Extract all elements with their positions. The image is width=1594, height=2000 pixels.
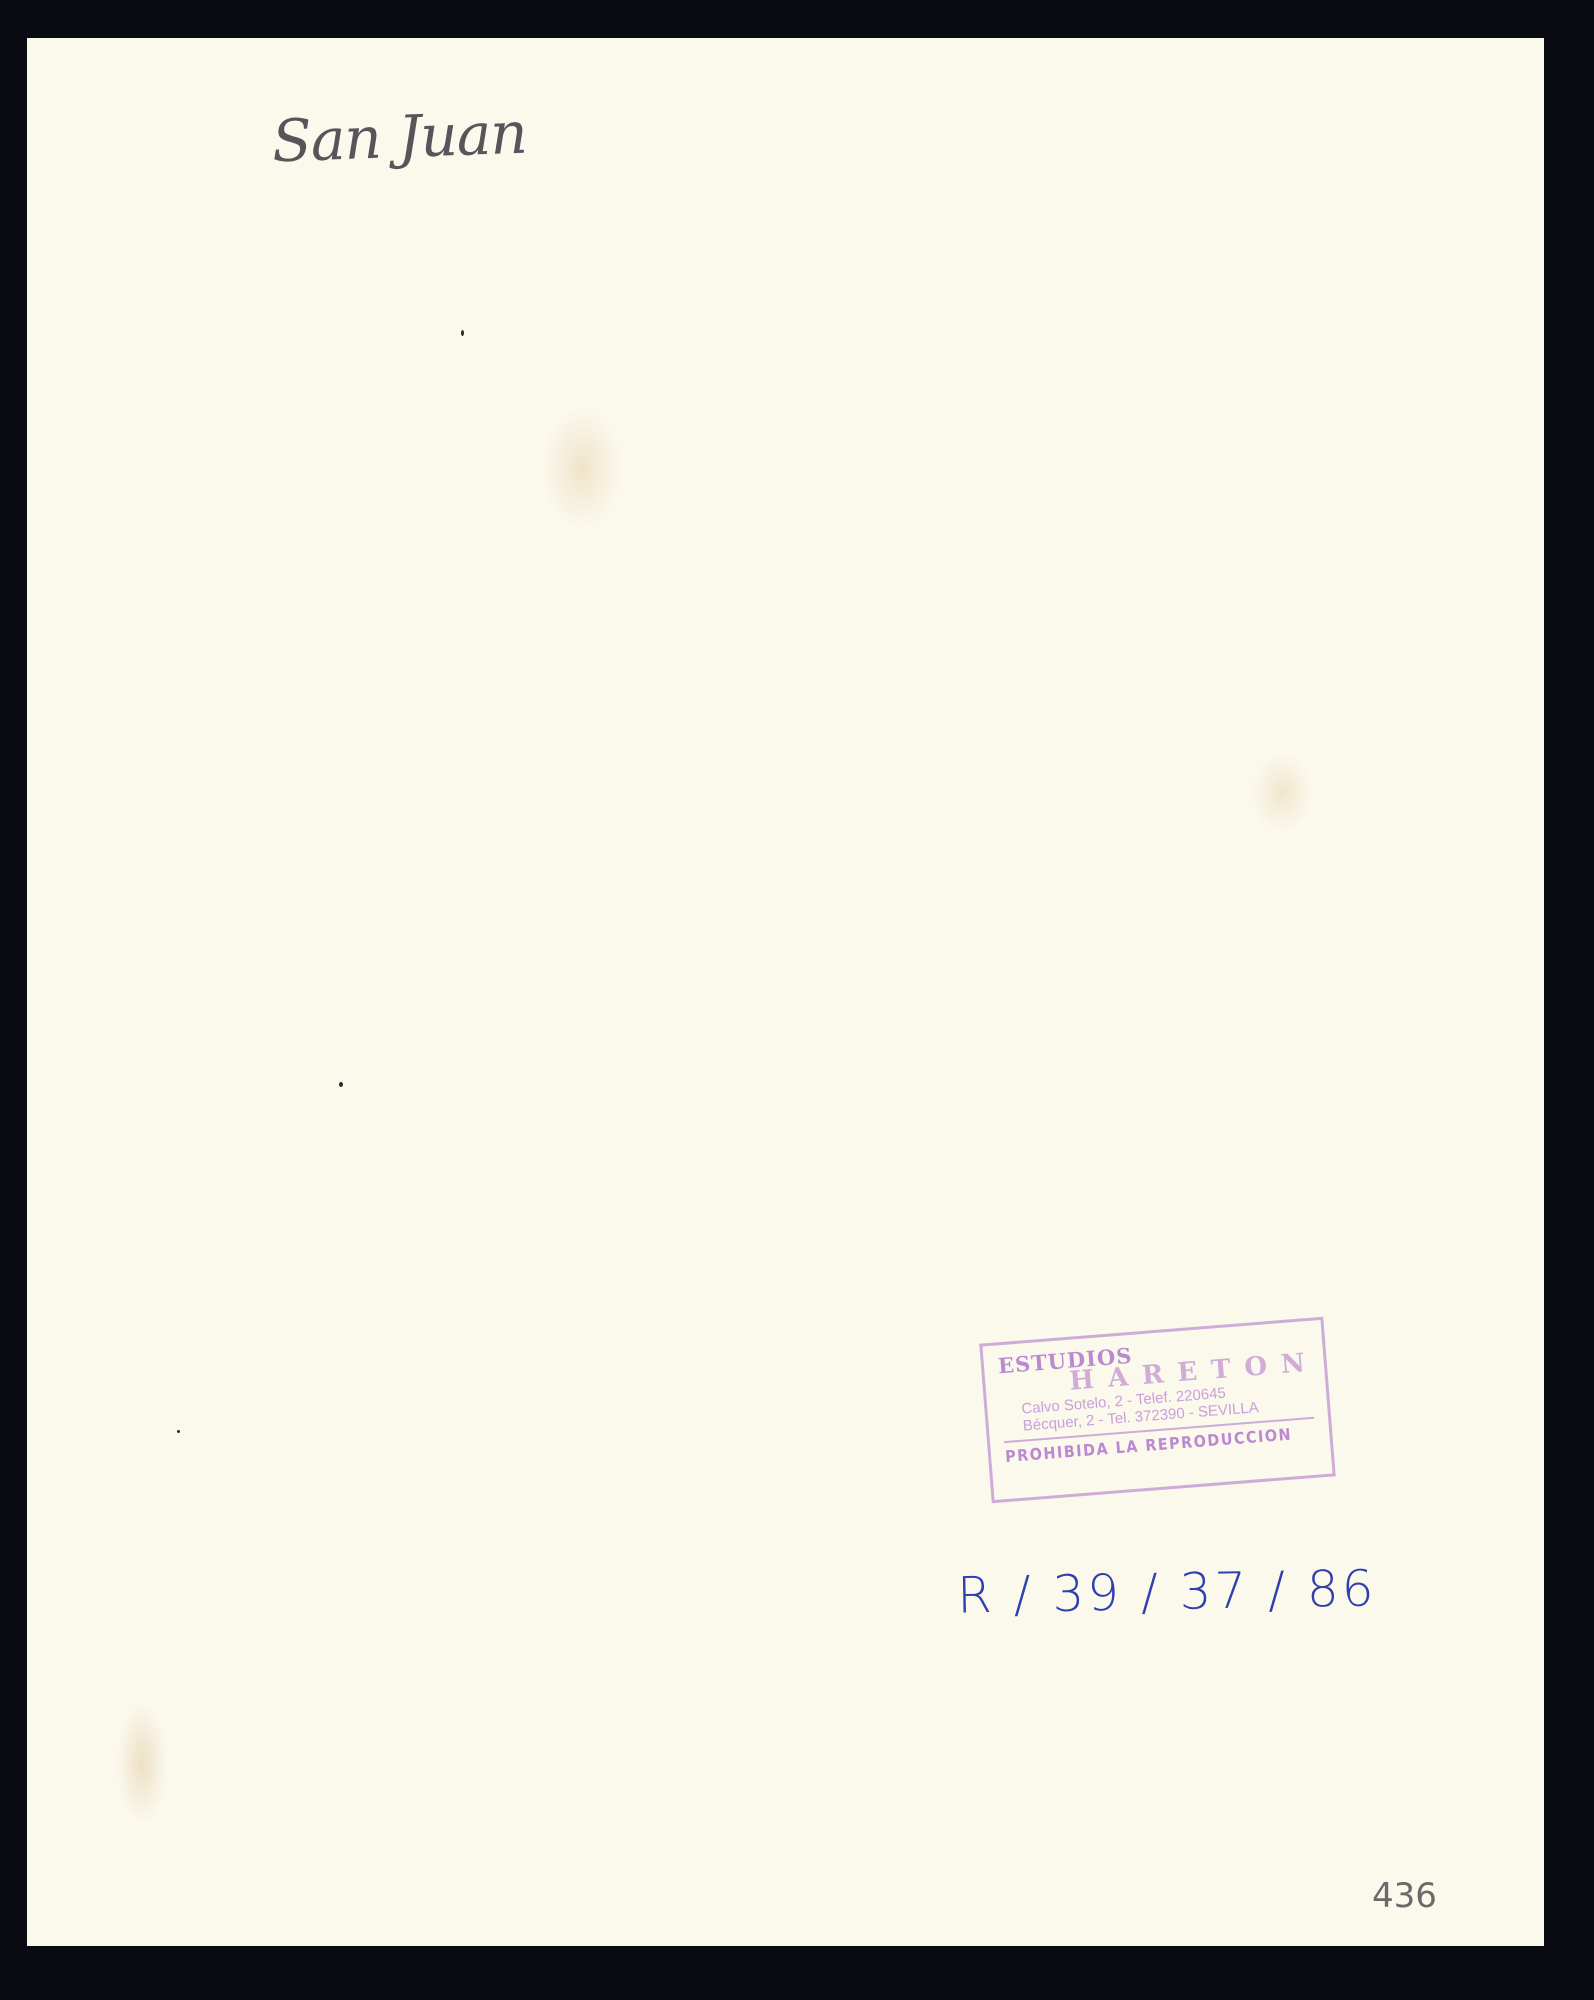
studio-stamp: ESTUDIOS HARETON Calvo Sotelo, 2 - Telef… (979, 1317, 1335, 1504)
handwritten-caption: San Juan (271, 99, 528, 176)
speck (177, 1430, 180, 1433)
speck (461, 330, 464, 336)
handwritten-page-number: 436 (1372, 1876, 1437, 1916)
speck (339, 1082, 343, 1087)
photo-back-paper: San Juan ESTUDIOS HARETON Calvo Sotelo, … (27, 38, 1544, 1946)
handwritten-reference: R / 39 / 37 / 86 (957, 1559, 1377, 1624)
